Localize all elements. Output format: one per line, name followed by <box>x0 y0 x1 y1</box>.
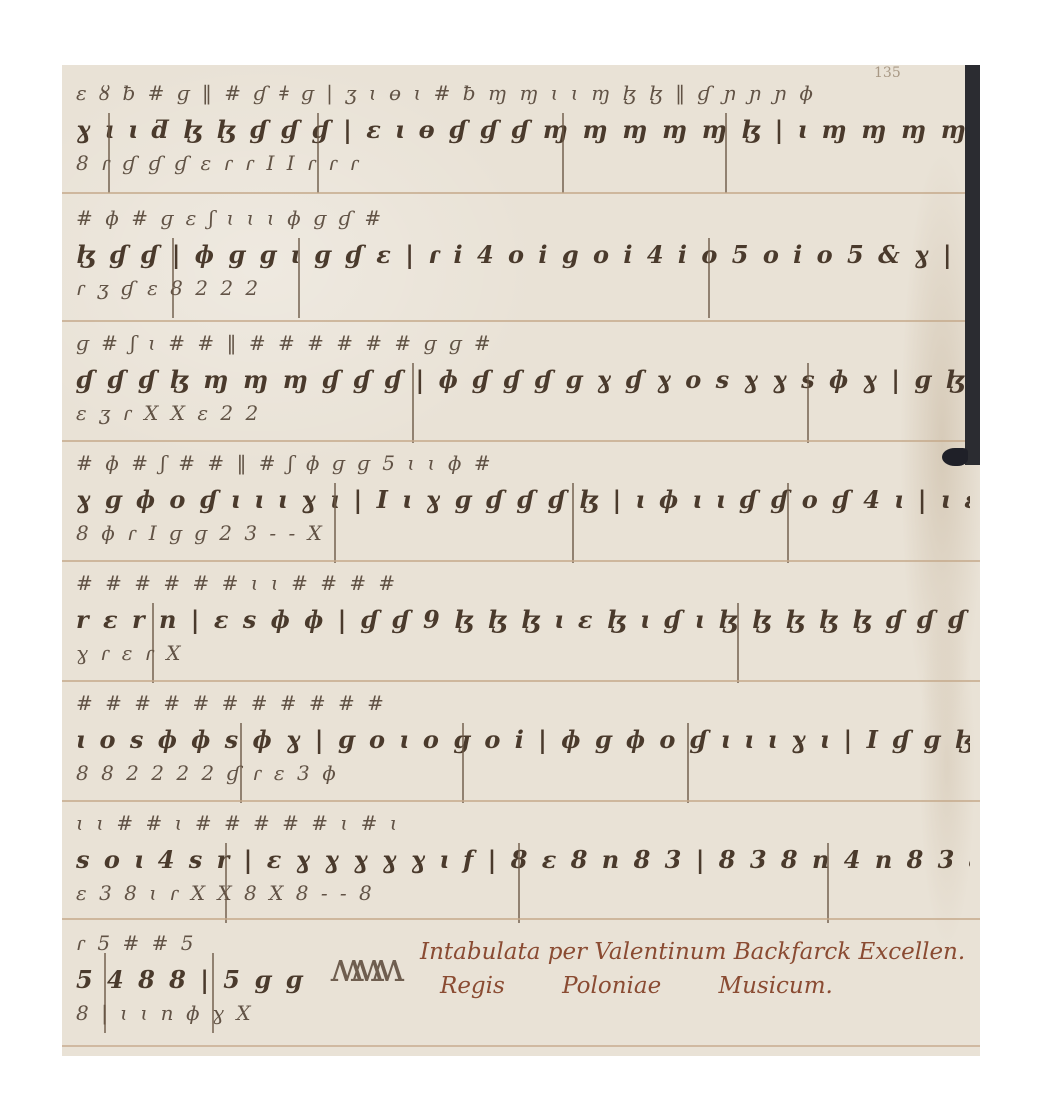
colophon: Intabulata per Valentinum Backfarck Exce… <box>420 935 965 1003</box>
colophon-word-musicum: Musicum. <box>719 973 833 999</box>
system-6-upper-glyphs: # # # # # # # # # # # <box>76 691 970 715</box>
system-7-lower-glyphs: ɛ 3 8 ɩ ɾ X X 8 X 8 - - 8 <box>76 881 970 905</box>
system-5-lower-glyphs: ɣ ɾ ɛ ɾ X <box>76 641 970 665</box>
tablature-system-6: # # # # # # # # # # # ɩ o s ɸ ɸ s ɸ ɣ | … <box>62 683 980 803</box>
ruling-line <box>62 192 980 194</box>
system-5-upper-glyphs: # # # # # # ɩ ɩ # # # # <box>76 571 970 595</box>
barline <box>572 483 574 563</box>
system-7-upper-glyphs: ɩ ɩ # # ɩ # # # # # ɩ # ɩ <box>76 811 970 835</box>
system-7-main-glyphs: s o ɩ 4 s r | ɛ ɣ ɣ ɣ ɣ ɣ ɩ f | 8 ɛ 8 n … <box>76 845 970 874</box>
binding-edge <box>965 65 980 465</box>
ruling-line <box>62 680 980 682</box>
barline <box>317 113 319 193</box>
ruling-line <box>62 440 980 442</box>
barline <box>708 238 710 318</box>
colophon-line-1: Intabulata per Valentinum Backfarck Exce… <box>420 935 965 969</box>
system-3-lower-glyphs: ɛ ʒ ɾ X X ɛ 2 2 <box>76 401 970 425</box>
tablature-system-4: # ɸ # ʃ # # ‖ # ʃ ɸ ɡ ɡ 5 ɩ ɩ ɸ # ɣ ɡ ɸ … <box>62 443 980 563</box>
system-5-main-glyphs: r ɛ r n | ɛ s ɸ ɸ | ɠ ɠ 9 ɮ ɮ ɮ ɩ ɛ ɮ ɩ … <box>76 605 970 634</box>
barline <box>827 843 829 923</box>
system-2-main-glyphs: ɮ ɠ ɠ | ɸ ɡ ɡ ɩ ɡ ɠ ɛ | ɾ i 4 o i g o i … <box>76 240 970 269</box>
system-6-main-glyphs: ɩ o s ɸ ɸ s ɸ ɣ | ɡ o ɩ o ɡ o i | ɸ ɡ ɸ … <box>76 725 970 754</box>
final-flourish-ornament: ʍʍʍ <box>330 945 410 1035</box>
binding-notch <box>942 448 968 466</box>
tablature-system-7: ɩ ɩ # # ɩ # # # # # ɩ # ɩ s o ɩ 4 s r | … <box>62 803 980 923</box>
barline <box>172 238 174 318</box>
barline <box>807 363 809 443</box>
tablature-system-1: ε ȣ ƀ # ɡ ‖ # ɠ ǂ ɡ | ʒ ɩ ɵ ɩ # ƀ ɱ ɱ ɩ … <box>62 73 980 193</box>
barline <box>298 238 300 318</box>
system-4-lower-glyphs: 8 ɸ ɾ I ɡ ɡ 2 3 - - X <box>76 521 970 545</box>
barline <box>104 953 106 1033</box>
barline <box>225 843 227 923</box>
ruling-line <box>62 560 980 562</box>
tablature-system-3: ɡ # ʃ ɩ # # ‖ # # # # # # ɡ ɡ # ɠ ɠ ɠ ɮ … <box>62 323 980 443</box>
ruling-line <box>62 320 980 322</box>
colophon-word-regis: Regis <box>440 973 505 999</box>
tablature-system-2: # ɸ # ɡ ɛ ʃ ɩ ɩ ɩ ɸ ɡ ɠ # ɮ ɠ ɠ | ɸ ɡ ɡ … <box>62 198 980 318</box>
barline <box>240 723 242 803</box>
system-3-upper-glyphs: ɡ # ʃ ɩ # # ‖ # # # # # # ɡ ɡ # <box>76 331 970 355</box>
barline <box>725 113 727 193</box>
barline <box>787 483 789 563</box>
barline <box>412 363 414 443</box>
barline <box>562 113 564 193</box>
manuscript-page: 135 ε ȣ ƀ # ɡ ‖ # ɠ ǂ ɡ | ʒ ɩ ɵ ɩ # ƀ ɱ … <box>62 65 980 1056</box>
system-4-upper-glyphs: # ɸ # ʃ # # ‖ # ʃ ɸ ɡ ɡ 5 ɩ ɩ ɸ # <box>76 451 970 475</box>
system-1-lower-glyphs: 8 ɾ ɠ ɠ ɠ ɛ ɾ ɾ I I ɾ ɾ ɾ <box>76 151 970 175</box>
ruling-line <box>62 918 980 920</box>
system-2-lower-glyphs: ɾ ʒ ɠ ɛ 8 2 2 2 <box>76 276 970 300</box>
barline <box>687 723 689 803</box>
system-8-upper-glyphs: ɾ 5 # # 5 <box>76 931 312 955</box>
system-4-main-glyphs: ɣ ɡ ɸ o ɠ ɩ ɩ ɩ ɣ ɩ | I ɩ ɣ ɡ ɠ ɠ ɠ ɮ | … <box>76 485 970 514</box>
ruling-line <box>62 1045 980 1047</box>
system-2-upper-glyphs: # ɸ # ɡ ɛ ʃ ɩ ɩ ɩ ɸ ɡ ɠ # <box>76 206 970 230</box>
colophon-word-poloniae: Poloniae <box>562 973 661 999</box>
barline <box>518 843 520 923</box>
system-3-main-glyphs: ɠ ɠ ɠ ɮ ɱ ɱ ɱ ɠ ɠ ɠ | ɸ ɠ ɠ ɠ ɡ ɣ ɠ ɣ o … <box>76 365 970 394</box>
system-8-lower-glyphs: 8 | ɩ ɩ n ɸ ɣ X <box>76 1001 312 1025</box>
tablature-system-8: ɾ 5 # # 5 5 4 8 8 | 5 ɡ ɡ n 4 j 5 4 n | … <box>62 923 322 1043</box>
barline <box>737 603 739 683</box>
tablature-system-5: # # # # # # ɩ ɩ # # # # r ɛ r n | ɛ s ɸ … <box>62 563 980 683</box>
barline <box>212 953 214 1033</box>
barline <box>462 723 464 803</box>
system-1-upper-glyphs: ε ȣ ƀ # ɡ ‖ # ɠ ǂ ɡ | ʒ ɩ ɵ ɩ # ƀ ɱ ɱ ɩ … <box>76 81 970 105</box>
barline <box>334 483 336 563</box>
system-1-main-glyphs: ɣ ɩ ɩ ƌ ɮ ɮ ɠ ɠ ɠ | ɛ ɩ ɵ ɠ ɠ ɠ ɱ ɱ ɱ ɱ … <box>76 115 970 144</box>
system-8-main-glyphs: 5 4 8 8 | 5 ɡ ɡ n 4 j 5 4 n | 4 ɸ 8 <box>76 965 312 994</box>
system-6-lower-glyphs: 8 8 2 2 2 2 ɠ ɾ ɛ 3 ɸ <box>76 761 970 785</box>
ruling-line <box>62 800 980 802</box>
barline <box>108 113 110 193</box>
colophon-line-2: Regis Poloniae Musicum. <box>420 969 965 1003</box>
barline <box>152 603 154 683</box>
